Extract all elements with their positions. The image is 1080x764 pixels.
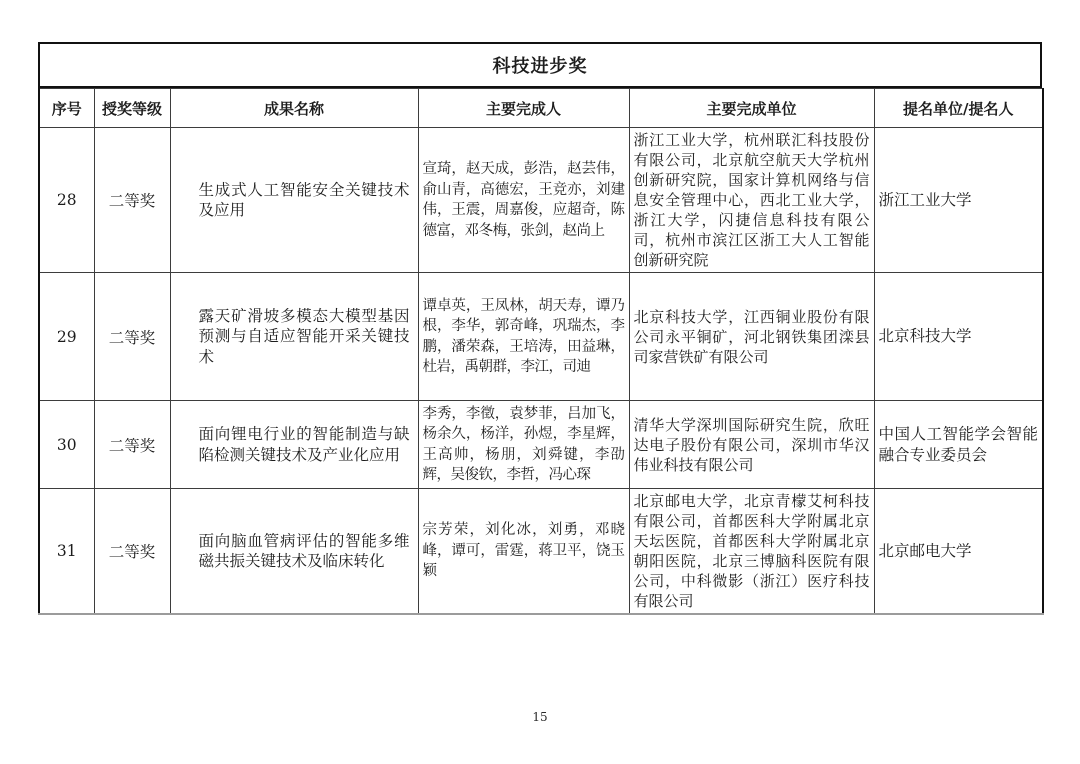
- cell-main-completers: 谭卓英，王凤林，胡天寿，谭乃根，李华，郭奇峰，巩瑞杰，李鹏，潘荣森，王培涛，田益…: [418, 273, 629, 401]
- cell-achievement-name: 露天矿滑坡多模态大模型基因预测与自适应智能开采关键技术: [170, 273, 418, 401]
- table-body: 28 二等奖 生成式人工智能安全关键技术及应用 宣琦，赵天成，彭浩，赵芸伟，俞山…: [39, 128, 1043, 615]
- cell-award-level: 二等奖: [94, 401, 170, 489]
- header-row: 序号 授奖等级 成果名称 主要完成人 主要完成单位 提名单位/提名人: [39, 89, 1043, 128]
- table-row: 31 二等奖 面向脑血管病评估的智能多维磁共振关键技术及临床转化 宗芳荣，刘化冰…: [39, 489, 1043, 615]
- cell-achievement-name: 面向脑血管病评估的智能多维磁共振关键技术及临床转化: [170, 489, 418, 615]
- table-header: 序号 授奖等级 成果名称 主要完成人 主要完成单位 提名单位/提名人: [39, 89, 1043, 128]
- table-row: 29 二等奖 露天矿滑坡多模态大模型基因预测与自适应智能开采关键技术 谭卓英，王…: [39, 273, 1043, 401]
- cell-nominator: 北京科技大学: [874, 273, 1043, 401]
- column-header-seq: 序号: [39, 89, 94, 128]
- award-table: 序号 授奖等级 成果名称 主要完成人 主要完成单位 提名单位/提名人 28 二等…: [38, 88, 1044, 615]
- cell-main-completers: 宣琦，赵天成，彭浩，赵芸伟，俞山青，高德宏，王竞亦，刘建伟，王震，周嘉俊，应超奇…: [418, 128, 629, 273]
- cell-main-units: 北京邮电大学，北京青檬艾柯科技有限公司，首都医科大学附属北京天坛医院，首都医科大…: [629, 489, 874, 615]
- cell-nominator: 浙江工业大学: [874, 128, 1043, 273]
- cell-main-completers: 李秀，李徵，袁梦菲，吕加飞，杨余久，杨洋，孙煜，李星辉，王高帅，杨朋，刘舜键，李…: [418, 401, 629, 489]
- cell-nominator: 北京邮电大学: [874, 489, 1043, 615]
- cell-award-level: 二等奖: [94, 489, 170, 615]
- column-header-award-level: 授奖等级: [94, 89, 170, 128]
- cell-award-level: 二等奖: [94, 128, 170, 273]
- award-table-container: 科技进步奖 序号 授奖等级 成果名称 主要完成人 主要完成单位 提名单位/提名人: [38, 42, 1042, 615]
- cell-main-units: 清华大学深圳国际研究生院，欣旺达电子股份有限公司，深圳市华汉伟业科技有限公司: [629, 401, 874, 489]
- cell-achievement-name: 生成式人工智能安全关键技术及应用: [170, 128, 418, 273]
- cell-nominator: 中国人工智能学会智能融合专业委员会: [874, 401, 1043, 489]
- cell-achievement-name: 面向锂电行业的智能制造与缺陷检测关键技术及产业化应用: [170, 401, 418, 489]
- cell-main-units: 浙江工业大学，杭州联汇科技股份有限公司，北京航空航天大学杭州创新研究院，国家计算…: [629, 128, 874, 273]
- table-row: 30 二等奖 面向锂电行业的智能制造与缺陷检测关键技术及产业化应用 李秀，李徵，…: [39, 401, 1043, 489]
- page-number: 15: [0, 710, 1080, 724]
- document-page: 科技进步奖 序号 授奖等级 成果名称 主要完成人 主要完成单位 提名单位/提名人: [0, 0, 1080, 764]
- table-row: 28 二等奖 生成式人工智能安全关键技术及应用 宣琦，赵天成，彭浩，赵芸伟，俞山…: [39, 128, 1043, 273]
- cell-seq: 31: [39, 489, 94, 615]
- table-title: 科技进步奖: [38, 42, 1042, 88]
- cell-award-level: 二等奖: [94, 273, 170, 401]
- cell-main-completers: 宗芳荣，刘化冰，刘勇，邓晓峰，谭可，雷霆，蒋卫平，饶玉颖: [418, 489, 629, 615]
- cell-seq: 29: [39, 273, 94, 401]
- cell-seq: 28: [39, 128, 94, 273]
- column-header-achievement-name: 成果名称: [170, 89, 418, 128]
- cell-main-units: 北京科技大学，江西铜业股份有限公司永平铜矿，河北钢铁集团滦县司家营铁矿有限公司: [629, 273, 874, 401]
- cell-seq: 30: [39, 401, 94, 489]
- column-header-nominator: 提名单位/提名人: [874, 89, 1043, 128]
- column-header-main-units: 主要完成单位: [629, 89, 874, 128]
- column-header-main-completers: 主要完成人: [418, 89, 629, 128]
